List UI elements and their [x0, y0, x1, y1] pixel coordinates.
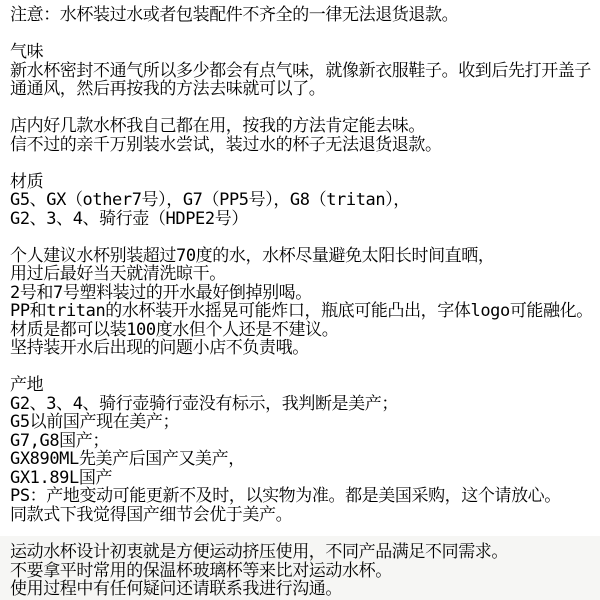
odor-heading: 气味	[10, 43, 600, 62]
origin-section: 产地 G2、3、4、骑行壶骑行壶没有标示，我判断是美产； G5以前国产现在美产；…	[10, 376, 600, 524]
text-line: 运动水杯设计初衷就是方便运动挤压使用，不同产品满足不同需求。	[10, 543, 600, 562]
text-line: GX890ML先美产后国产又美产，	[10, 450, 600, 469]
footer-note: 运动水杯设计初衷就是方便运动挤压使用，不同产品满足不同需求。 不要拿平时常用的保…	[0, 536, 600, 600]
odor-tips-paragraph: 店内好几款水杯我自己都在用，按我的方法肯定能去味。 信不过的亲千万别装水尝试，装…	[10, 117, 600, 154]
text-line: PS：产地变动可能更新不及时，以实物为准。都是美国采购，这个请放心。	[10, 487, 600, 506]
text-line: 店内好几款水杯我自己都在用，按我的方法肯定能去味。	[10, 117, 600, 136]
text-line: 使用过程中有任何疑问还请联系我进行沟通。	[10, 580, 600, 599]
text-line: 材质是都可以装100度水但个人还是不建议。	[10, 321, 600, 340]
material-section: 材质 G5、GX（other7号），G7（PP5号），G8（tritan）， G…	[10, 173, 600, 229]
text-line: 新水杯密封不通气所以多少都会有点气味，就像新衣服鞋子。收到后先打开盖子	[10, 62, 600, 81]
text-line: G2、3、4、骑行壶骑行壶没有标示，我判断是美产；	[10, 395, 600, 414]
text-line: GX1.89L国产	[10, 469, 600, 488]
notice-line: 注意：水杯装过水或者包装配件不齐全的一律无法退货退款。	[10, 6, 600, 25]
text-line: G7,G8国产；	[10, 432, 600, 451]
text-line: 通通风，然后再按我的方法去味就可以了。	[10, 80, 600, 99]
product-notes: 注意：水杯装过水或者包装配件不齐全的一律无法退货退款。 气味 新水杯密封不通气所…	[0, 0, 600, 536]
material-heading: 材质	[10, 173, 600, 192]
text-line: G5以前国产现在美产；	[10, 413, 600, 432]
text-line: PP和tritan的水杯装开水摇晃可能炸口，瓶底可能凸出，字体logo可能融化。	[10, 302, 600, 321]
text-line: 信不过的亲千万别装水尝试，装过水的杯子无法退货退款。	[10, 136, 600, 155]
origin-heading: 产地	[10, 376, 600, 395]
text-line: 个人建议水杯别装超过70度的水，水杯尽量避免太阳长时间直晒，	[10, 247, 600, 266]
usage-advice-paragraph: 个人建议水杯别装超过70度的水，水杯尽量避免太阳长时间直晒， 用过后最好当天就清…	[10, 247, 600, 358]
text-line: G2、3、4、骑行壶（HDPE2号）	[10, 210, 600, 229]
text-line: 用过后最好当天就清洗晾干。	[10, 265, 600, 284]
text-line: 不要拿平时常用的保温杯玻璃杯等来比对运动水杯。	[10, 562, 600, 581]
page: { "colors": { "background": "#ffffff", "…	[0, 0, 600, 600]
text-line: 坚持装开水后出现的问题小店不负责哦。	[10, 339, 600, 358]
notice-paragraph: 注意：水杯装过水或者包装配件不齐全的一律无法退货退款。	[10, 6, 600, 25]
text-line: G5、GX（other7号），G7（PP5号），G8（tritan），	[10, 191, 600, 210]
text-line: 2号和7号塑料装过的开水最好倒掉别喝。	[10, 284, 600, 303]
text-line: 同款式下我觉得国产细节会优于美产。	[10, 506, 600, 525]
odor-section: 气味 新水杯密封不通气所以多少都会有点气味，就像新衣服鞋子。收到后先打开盖子 通…	[10, 43, 600, 99]
